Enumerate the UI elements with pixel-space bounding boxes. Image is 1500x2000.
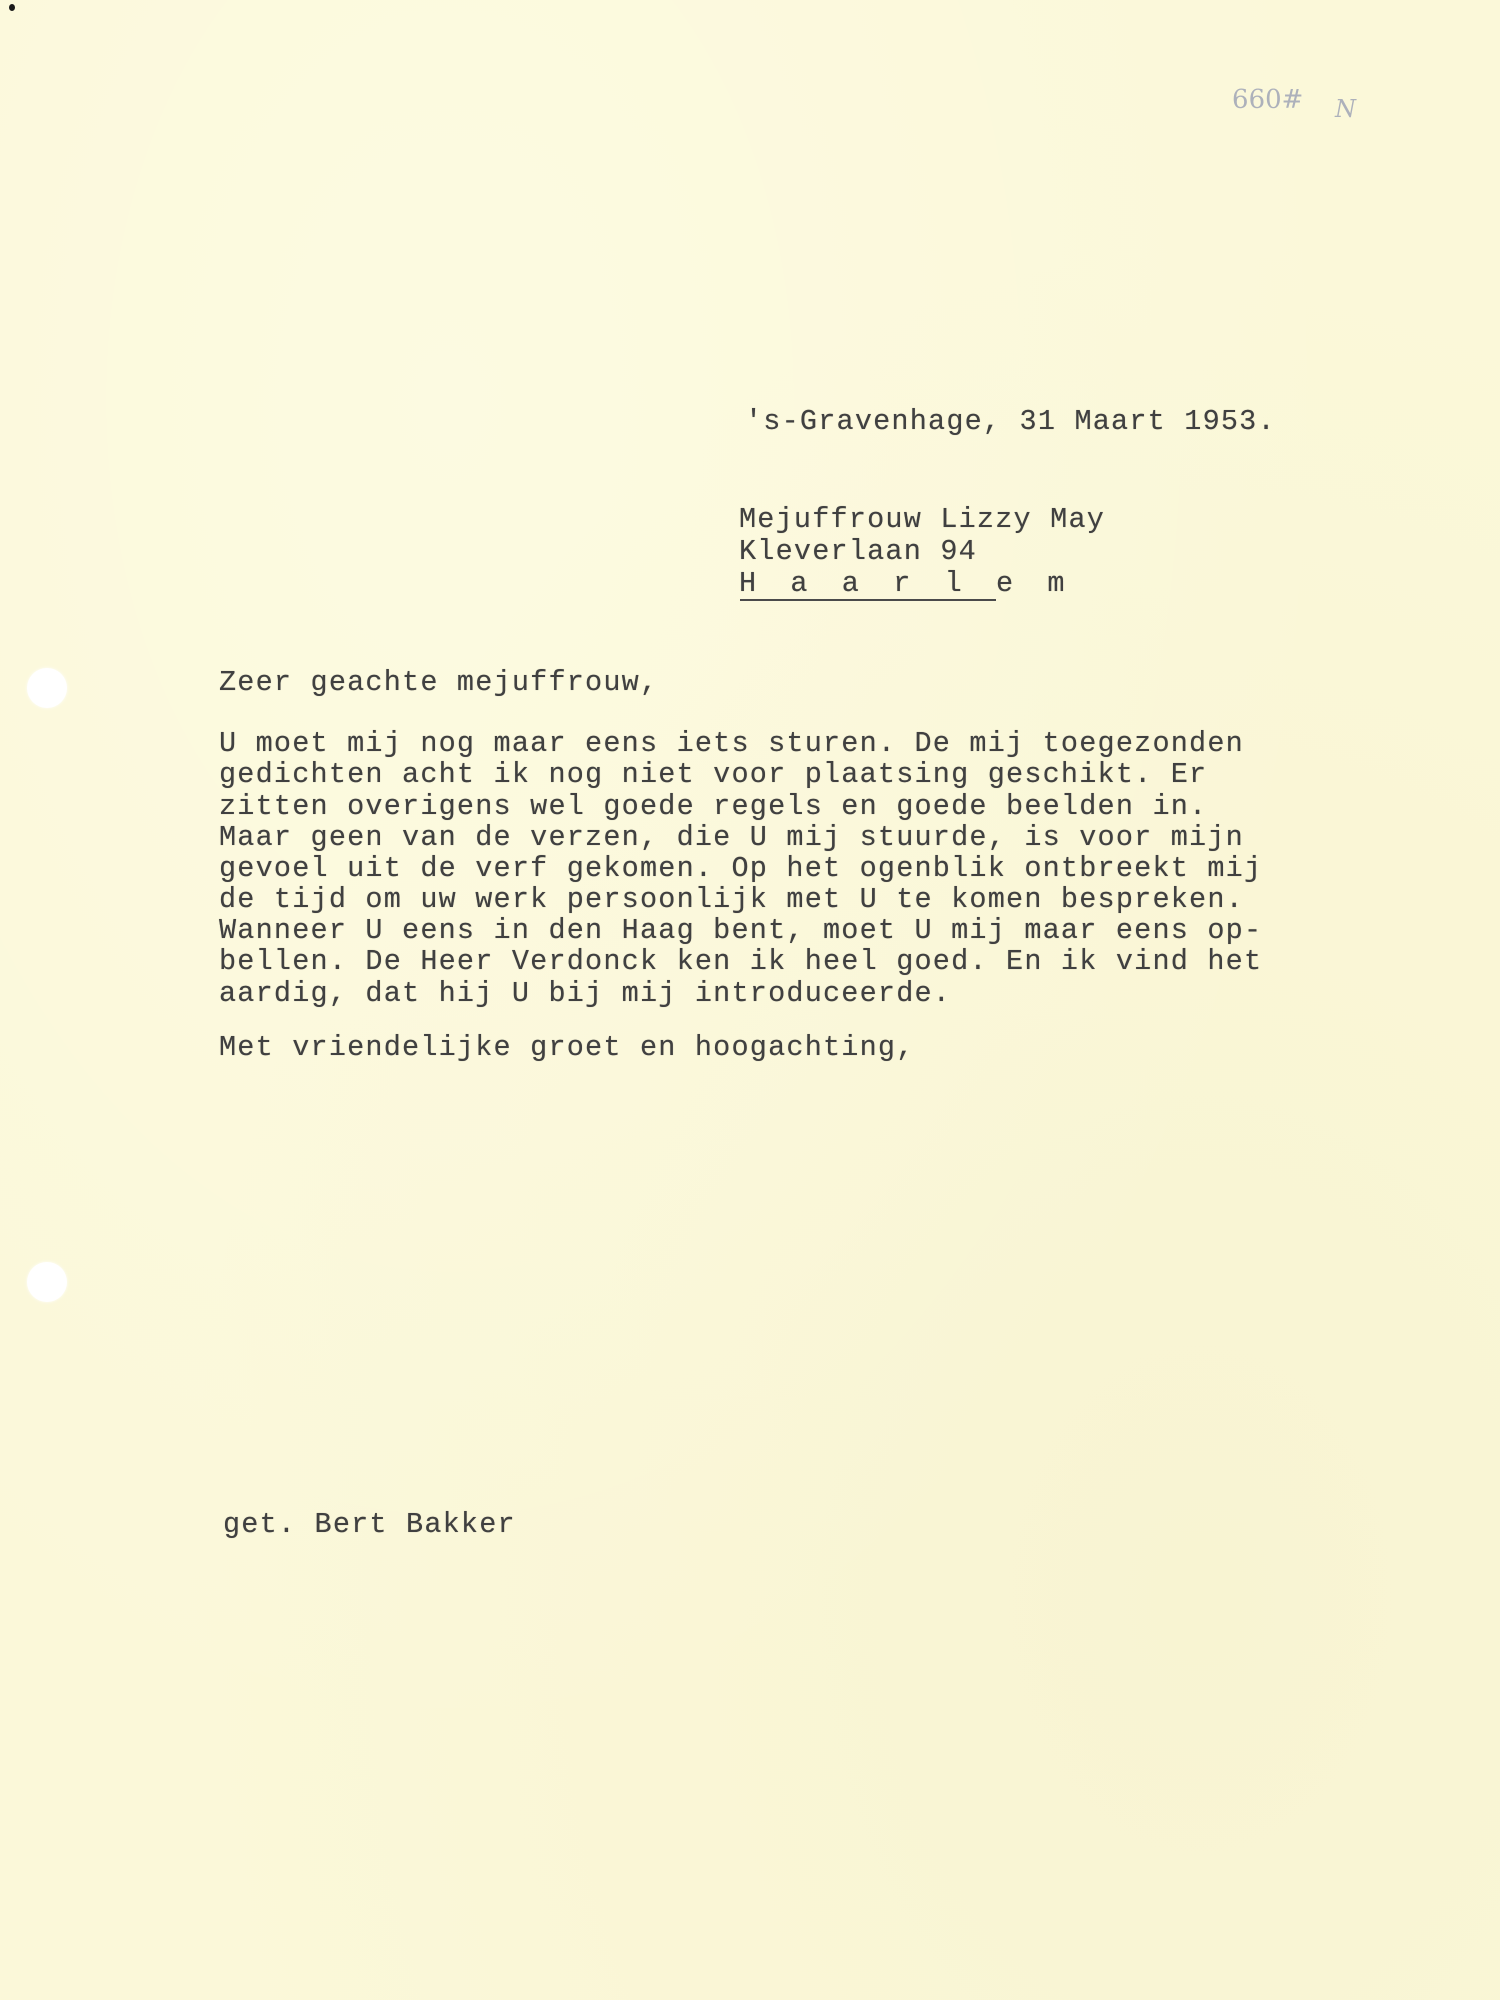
signature: get. Bert Bakker xyxy=(223,1508,516,1541)
salutation: Zeer geachte mejuffrouw, xyxy=(219,666,658,699)
archive-number-mark: #099 xyxy=(1232,82,1303,112)
body-line: zitten overigens wel goede regels en goe… xyxy=(219,790,1207,823)
body-line: bellen. De Heer Verdonck ken ik heel goe… xyxy=(219,945,1262,978)
body-line: aardig, dat hij U bij mij introduceerde. xyxy=(219,977,951,1010)
recipient-name: Mejuffrouw Lizzy May xyxy=(739,503,1105,536)
body-line: Wanneer U eens in den Haag bent, moet U … xyxy=(219,914,1262,947)
punch-hole-bottom xyxy=(27,1262,67,1302)
archive-initials-mark: N xyxy=(1335,95,1356,123)
letter-page: #099 N 's-Gravenhage, 31 Maart 1953. Mej… xyxy=(0,0,1500,2000)
recipient-street: Kleverlaan 94 xyxy=(739,535,977,568)
body-line: gevoel uit de verf gekomen. Op het ogenb… xyxy=(219,852,1262,885)
city-underline xyxy=(740,599,996,601)
recipient-city: H a a r l e m xyxy=(739,567,1073,600)
closing-line: Met vriendelijke groet en hoogachting, xyxy=(219,1031,915,1064)
body-line: de tijd om uw werk persoonlijk met U te … xyxy=(219,883,1244,916)
body-line: gedichten acht ik nog niet voor plaatsin… xyxy=(219,758,1207,791)
corner-ink-dot xyxy=(9,4,15,11)
punch-hole-top xyxy=(27,668,67,708)
body-line: U moet mij nog maar eens iets sturen. De… xyxy=(219,727,1244,760)
body-line: Maar geen van de verzen, die U mij stuur… xyxy=(219,821,1244,854)
place-date: 's-Gravenhage, 31 Maart 1953. xyxy=(745,405,1276,438)
